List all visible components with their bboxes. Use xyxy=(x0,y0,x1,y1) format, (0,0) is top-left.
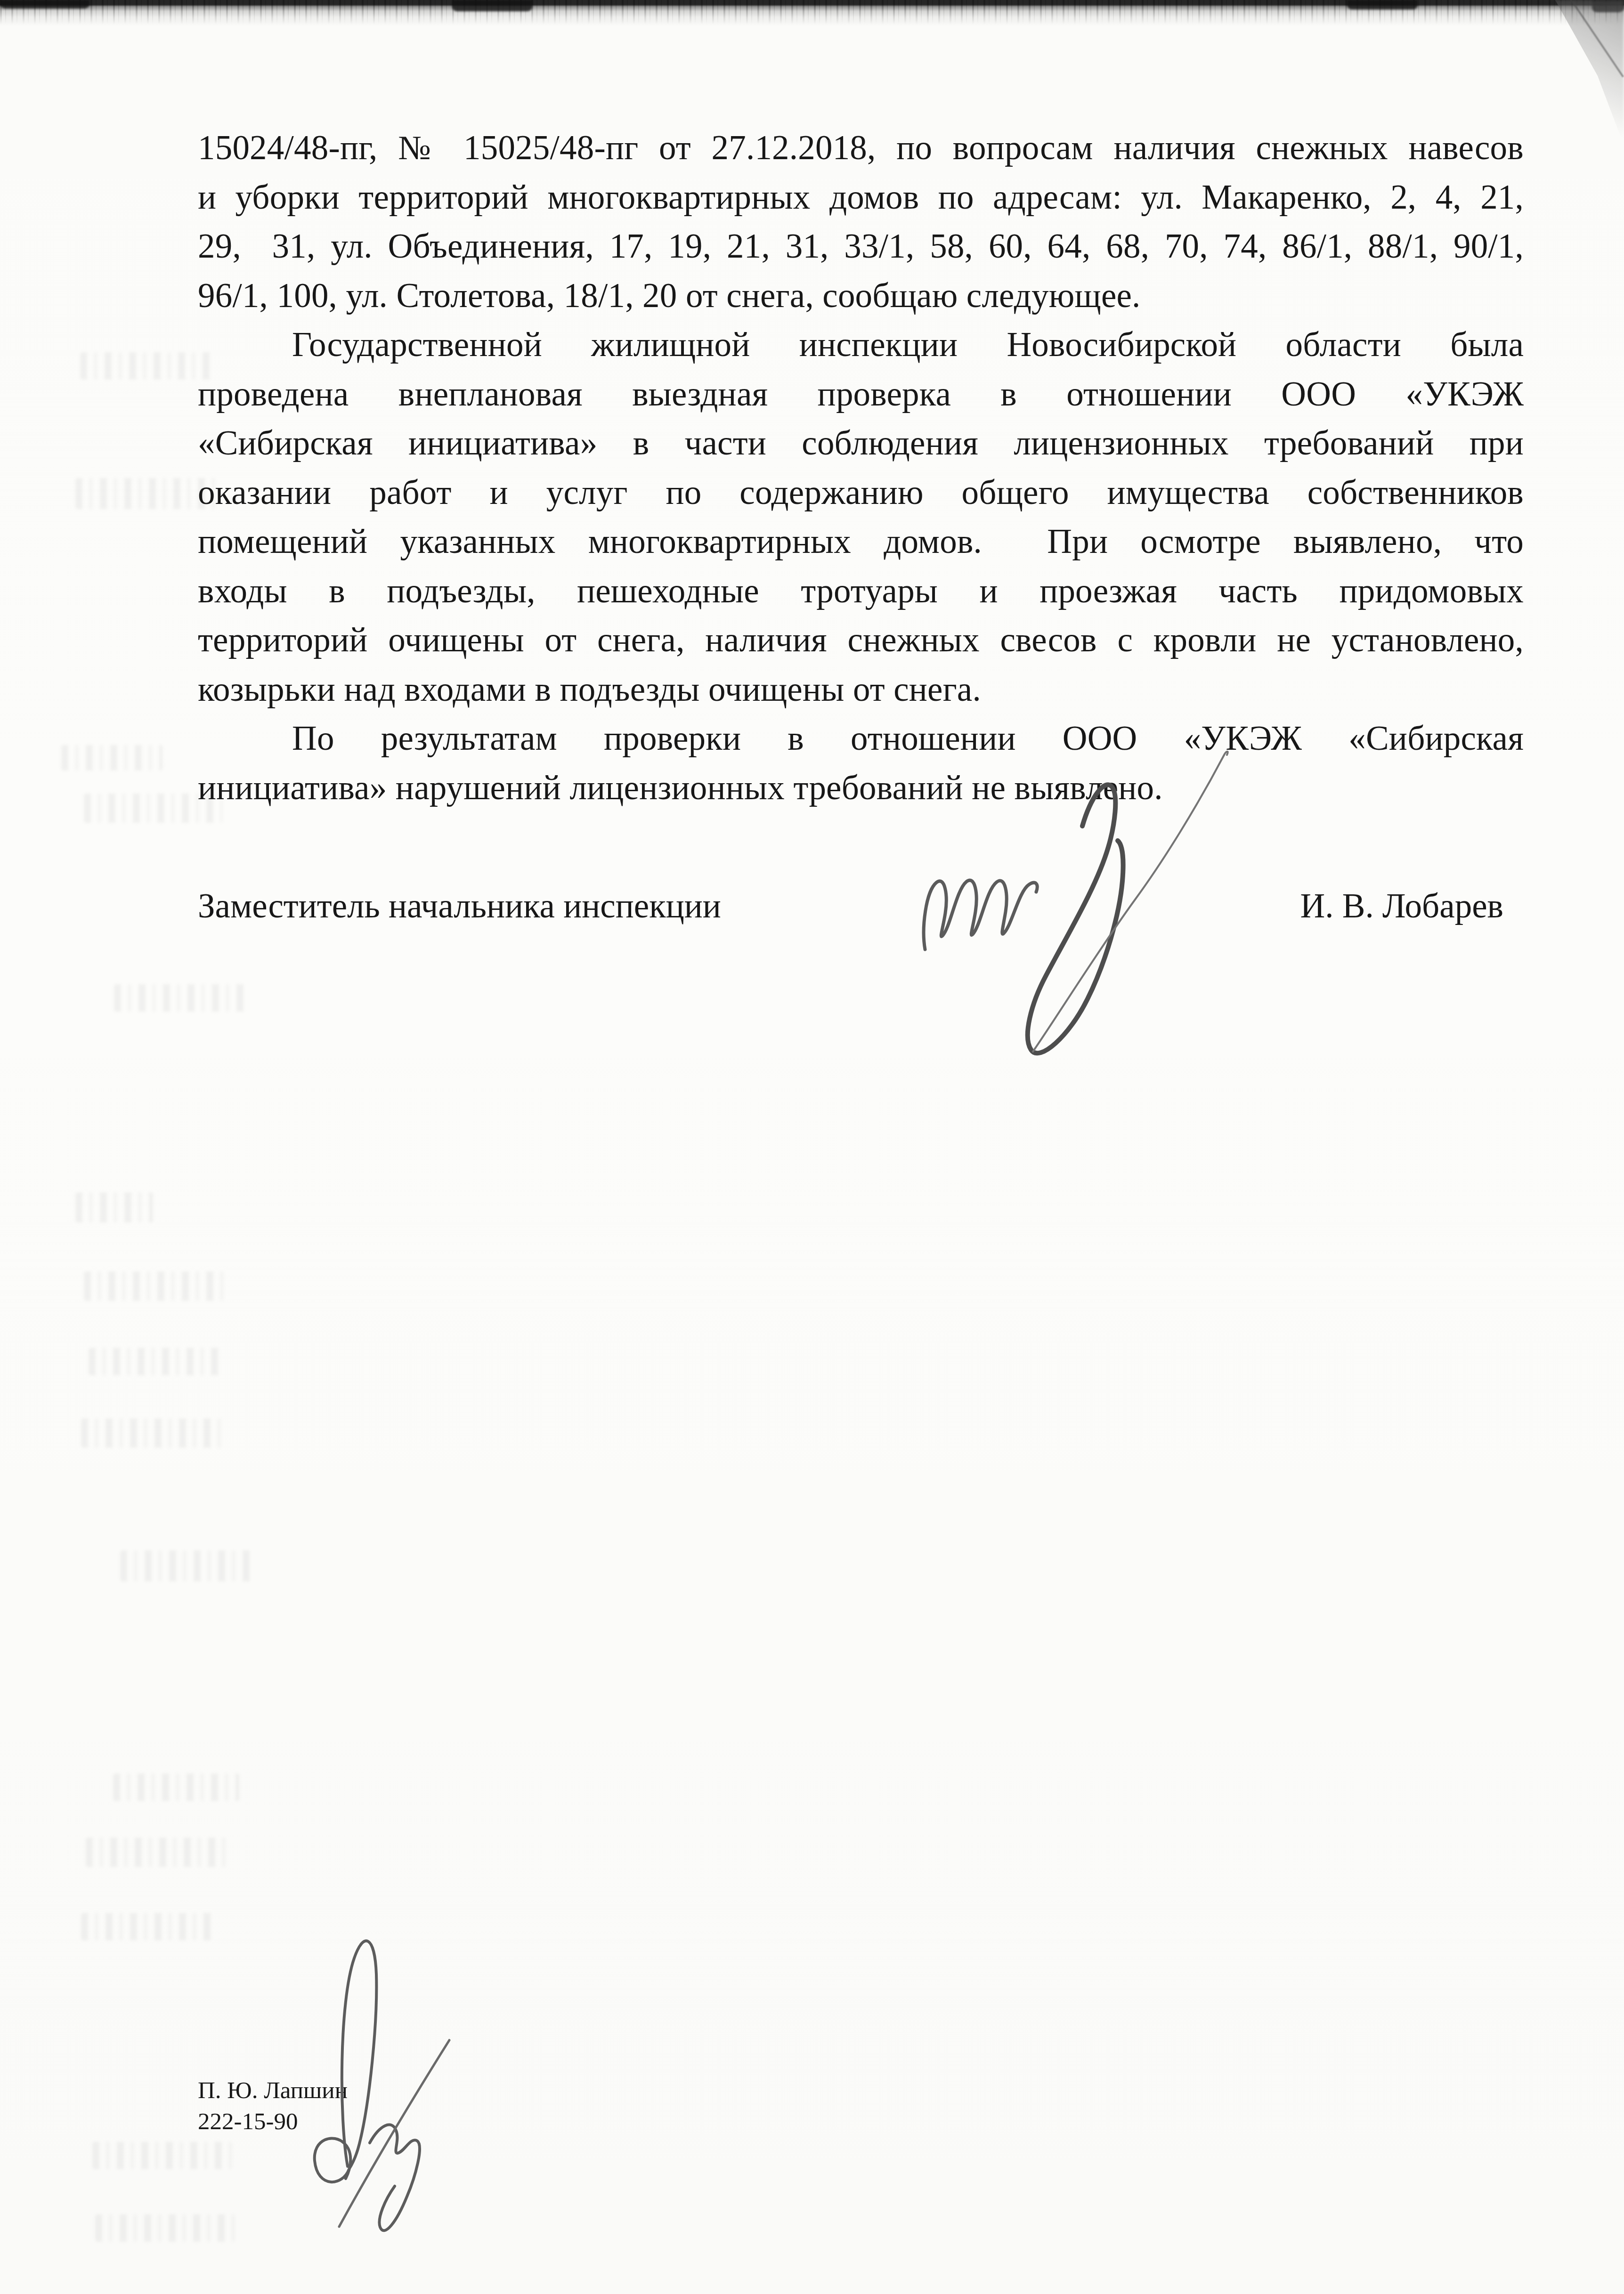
scanned-letter-page: 15024/48-пг, № 15025/48-пг от 27.12.2018… xyxy=(0,0,1624,2294)
body-line: и уборки территорий многоквартирных домо… xyxy=(198,173,1524,222)
bleed-through-smudge xyxy=(95,2214,240,2242)
bleed-through-smudge xyxy=(89,1348,223,1375)
bleed-through-smudge xyxy=(113,1774,239,1801)
bleed-through-smudge xyxy=(81,1419,222,1448)
bleed-through-smudge xyxy=(75,1192,153,1223)
body-line: территорий очищены от снега, наличия сне… xyxy=(198,616,1524,665)
body-line: инициатива» нарушений лицензионных требо… xyxy=(198,763,1524,813)
body-line: По результатам проверки в отношении ООО … xyxy=(198,714,1524,763)
lobarev-handwritten-signature xyxy=(918,725,1248,1083)
scan-artifact-blob xyxy=(452,0,532,11)
bleed-through-smudge xyxy=(75,478,217,509)
bleed-through-smudge xyxy=(81,1913,212,1940)
body-line: Государственной жилищной инспекции Новос… xyxy=(198,320,1524,370)
body-line: помещений указанных многоквартирных домо… xyxy=(198,517,1524,567)
scan-artifact-blob xyxy=(0,0,89,8)
bleed-through-smudge xyxy=(86,1838,226,1867)
body-line: входы в подъезды, пешеходные тротуары и … xyxy=(198,567,1524,616)
body-line: 15024/48-пг, № 15025/48-пг от 27.12.2018… xyxy=(198,123,1524,173)
bleed-through-smudge xyxy=(92,2142,233,2169)
signature-row: Заместитель начальника инспекции И. В. Л… xyxy=(198,882,1503,931)
body-line: проведена внеплановая выездная проверка … xyxy=(198,370,1524,419)
letter-body: 15024/48-пг, № 15025/48-пг от 27.12.2018… xyxy=(198,123,1524,812)
body-line: «Сибирская инициатива» в части соблюдени… xyxy=(198,419,1524,468)
bleed-through-smudge xyxy=(80,352,214,380)
signer-name: И. В. Лобарев xyxy=(1300,882,1503,931)
body-line: козырьки над входами в подъезды очищены … xyxy=(198,665,1524,714)
signer-position-title: Заместитель начальника инспекции xyxy=(198,882,721,931)
lapshin-handwritten-signature xyxy=(292,1921,471,2251)
body-line: оказании работ и услуг по содержанию общ… xyxy=(198,468,1524,518)
scan-artifact-blob xyxy=(1347,0,1418,9)
bleed-through-smudge xyxy=(84,1272,225,1301)
bleed-through-smudge xyxy=(61,745,162,770)
body-line: 96/1, 100, ул. Столетова, 18/1, 20 от сн… xyxy=(198,271,1524,321)
body-line: 29, 31, ул. Объединения, 17, 19, 21, 31,… xyxy=(198,222,1524,271)
bleed-through-smudge xyxy=(114,984,246,1012)
bleed-through-smudge xyxy=(120,1550,252,1581)
